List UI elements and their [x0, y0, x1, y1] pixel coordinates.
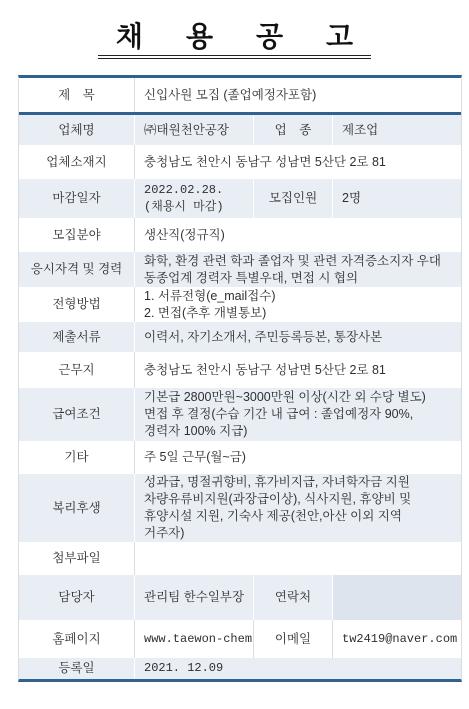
row-value: 관리팀 한수일부장	[134, 575, 253, 620]
row-homepage: 홈페이지 www.taewon-chem.com 이메일 tw2419@nave…	[19, 620, 461, 658]
row-welfare: 복리후생 성과급, 명절귀향비, 휴가비지급, 자녀학자금 지원 차량유류비지원…	[19, 474, 461, 542]
row-contact-person: 담당자 관리팀 한수일부장 연락처	[19, 575, 461, 620]
row-process: 전형방법 1. 서류전형(e_mail접수) 2. 면접(추후 개별통보)	[19, 287, 461, 322]
row-label: 모집분야	[19, 218, 134, 252]
homepage-url: www.taewon-chem.com	[134, 620, 253, 658]
row-value-2: 제조업	[332, 115, 461, 145]
row-etc: 기타 주 5일 근무(월~금)	[19, 441, 461, 474]
row-value	[134, 542, 461, 575]
row-subject: 제 목 신입사원 모집 (졸업예정자포함)	[19, 78, 461, 112]
row-label: 업체명	[19, 115, 134, 145]
row-label: 복리후생	[19, 474, 134, 542]
job-posting-page: 채 용 공 고 제 목 신입사원 모집 (졸업예정자포함) 업체명 ㈜태원천안공…	[0, 0, 469, 709]
row-value: 화학, 환경 관련 학과 졸업자 및 관련 자격증소지자 우대 동종업계 경력자…	[134, 252, 461, 287]
row-registered-date: 등록일 2021. 12.09	[19, 658, 461, 679]
row-value: 2022.02.28. (채용시 마감)	[134, 179, 253, 218]
row-label: 기타	[19, 441, 134, 474]
row-qualification: 응시자격 및 경력 화학, 환경 관련 학과 졸업자 및 관련 자격증소지자 우…	[19, 252, 461, 287]
row-label-2: 연락처	[253, 575, 332, 620]
row-label: 전형방법	[19, 287, 134, 322]
row-label: 첨부파일	[19, 542, 134, 575]
row-value: 기본급 2800만원~3000만원 이상(시간 외 수당 별도) 면접 후 결정…	[134, 388, 461, 441]
row-label: 제 목	[19, 78, 134, 112]
row-value: 신입사원 모집 (졸업예정자포함)	[134, 78, 461, 112]
row-value: 충청남도 천안시 동남구 성남면 5산단 2로 81	[134, 352, 461, 388]
row-documents: 제출서류 이력서, 자기소개서, 주민등록등본, 통장사본	[19, 322, 461, 352]
row-attachment: 첨부파일	[19, 542, 461, 575]
row-label: 제출서류	[19, 322, 134, 352]
row-value-2	[332, 575, 461, 620]
page-title: 채 용 공 고	[98, 22, 371, 59]
row-label-2: 이메일	[253, 620, 332, 658]
row-label: 응시자격 및 경력	[19, 252, 134, 287]
row-value: 2021. 12.09	[134, 658, 461, 679]
row-label: 근무지	[19, 352, 134, 388]
row-value: 1. 서류전형(e_mail접수) 2. 면접(추후 개별통보)	[134, 287, 461, 322]
title-area: 채 용 공 고	[0, 22, 469, 59]
row-label: 등록일	[19, 658, 134, 679]
job-posting-table: 제 목 신입사원 모집 (졸업예정자포함) 업체명 ㈜태원천안공장 업 종 제조…	[18, 75, 462, 682]
row-label: 홈페이지	[19, 620, 134, 658]
row-value: 충청남도 천안시 동남구 성남면 5산단 2로 81	[134, 145, 461, 179]
row-label: 담당자	[19, 575, 134, 620]
row-label: 급여조건	[19, 388, 134, 441]
row-value: 이력서, 자기소개서, 주민등록등본, 통장사본	[134, 322, 461, 352]
row-location: 업체소재지 충청남도 천안시 동남구 성남면 5산단 2로 81	[19, 145, 461, 179]
row-value: ㈜태원천안공장	[134, 115, 253, 145]
row-label-2: 업 종	[253, 115, 332, 145]
row-value-2: 2명	[332, 179, 461, 218]
row-value: 생산직(정규직)	[134, 218, 461, 252]
row-value: 성과급, 명절귀향비, 휴가비지급, 자녀학자금 지원 차량유류비지원(과장급이…	[134, 474, 461, 542]
row-workplace: 근무지 충청남도 천안시 동남구 성남면 5산단 2로 81	[19, 352, 461, 388]
row-label: 마감일자	[19, 179, 134, 218]
row-value: 주 5일 근무(월~금)	[134, 441, 461, 474]
row-label: 업체소재지	[19, 145, 134, 179]
row-deadline: 마감일자 2022.02.28. (채용시 마감) 모집인원 2명	[19, 179, 461, 218]
row-salary: 급여조건 기본급 2800만원~3000만원 이상(시간 외 수당 별도) 면접…	[19, 388, 461, 441]
email-address: tw2419@naver.com	[332, 620, 461, 658]
row-company: 업체명 ㈜태원천안공장 업 종 제조업	[19, 115, 461, 145]
row-label-2: 모집인원	[253, 179, 332, 218]
row-field: 모집분야 생산직(정규직)	[19, 218, 461, 252]
